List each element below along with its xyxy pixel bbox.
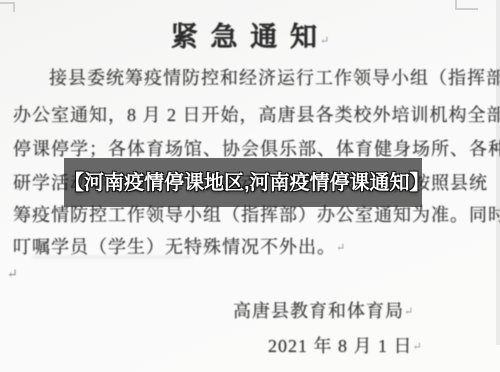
paragraph-return-mark: ↵ — [336, 242, 345, 254]
paragraph-return-mark: ↵ — [320, 35, 329, 47]
notice-title: 紧 急 通 知↵ — [0, 15, 500, 54]
notice-date: 2021 年 8 月 1 日↵ — [268, 332, 422, 358]
notice-body-line-text: 叮嘱学员（学生）无特殊情况不外出。 — [13, 237, 336, 257]
paragraph-return-mark: ↵ — [7, 266, 18, 282]
notice-signature-text: 高唐县教育和体育局 — [233, 301, 404, 321]
notice-body-line: 办公室通知，8 月 2 日开始，高唐县各类校外培训机构全部 — [13, 101, 500, 127]
notice-body-line: 接县委统筹疫情防控和经济运行工作领导小组（指挥部） — [49, 64, 500, 90]
notice-date-text: 2021 年 8 月 1 日 — [268, 336, 413, 356]
notice-title-text: 紧 急 通 知 — [171, 22, 320, 52]
paragraph-return-mark: ↵ — [404, 306, 413, 318]
paragraph-return-mark: ↵ — [413, 341, 422, 353]
caption-text: 【河南疫情停课地区,河南疫情停课通知】 — [64, 171, 422, 195]
notice-body-line: 叮嘱学员（学生）无特殊情况不外出。↵ — [13, 233, 345, 259]
notice-photo: 紧 急 通 知↵ 接县委统筹疫情防控和经济运行工作领导小组（指挥部） 办公室通知… — [0, 0, 500, 372]
notice-signature: 高唐县教育和体育局↵ — [233, 297, 413, 323]
caption-overlay: 【河南疫情停课地区,河南疫情停课通知】 — [64, 158, 422, 207]
